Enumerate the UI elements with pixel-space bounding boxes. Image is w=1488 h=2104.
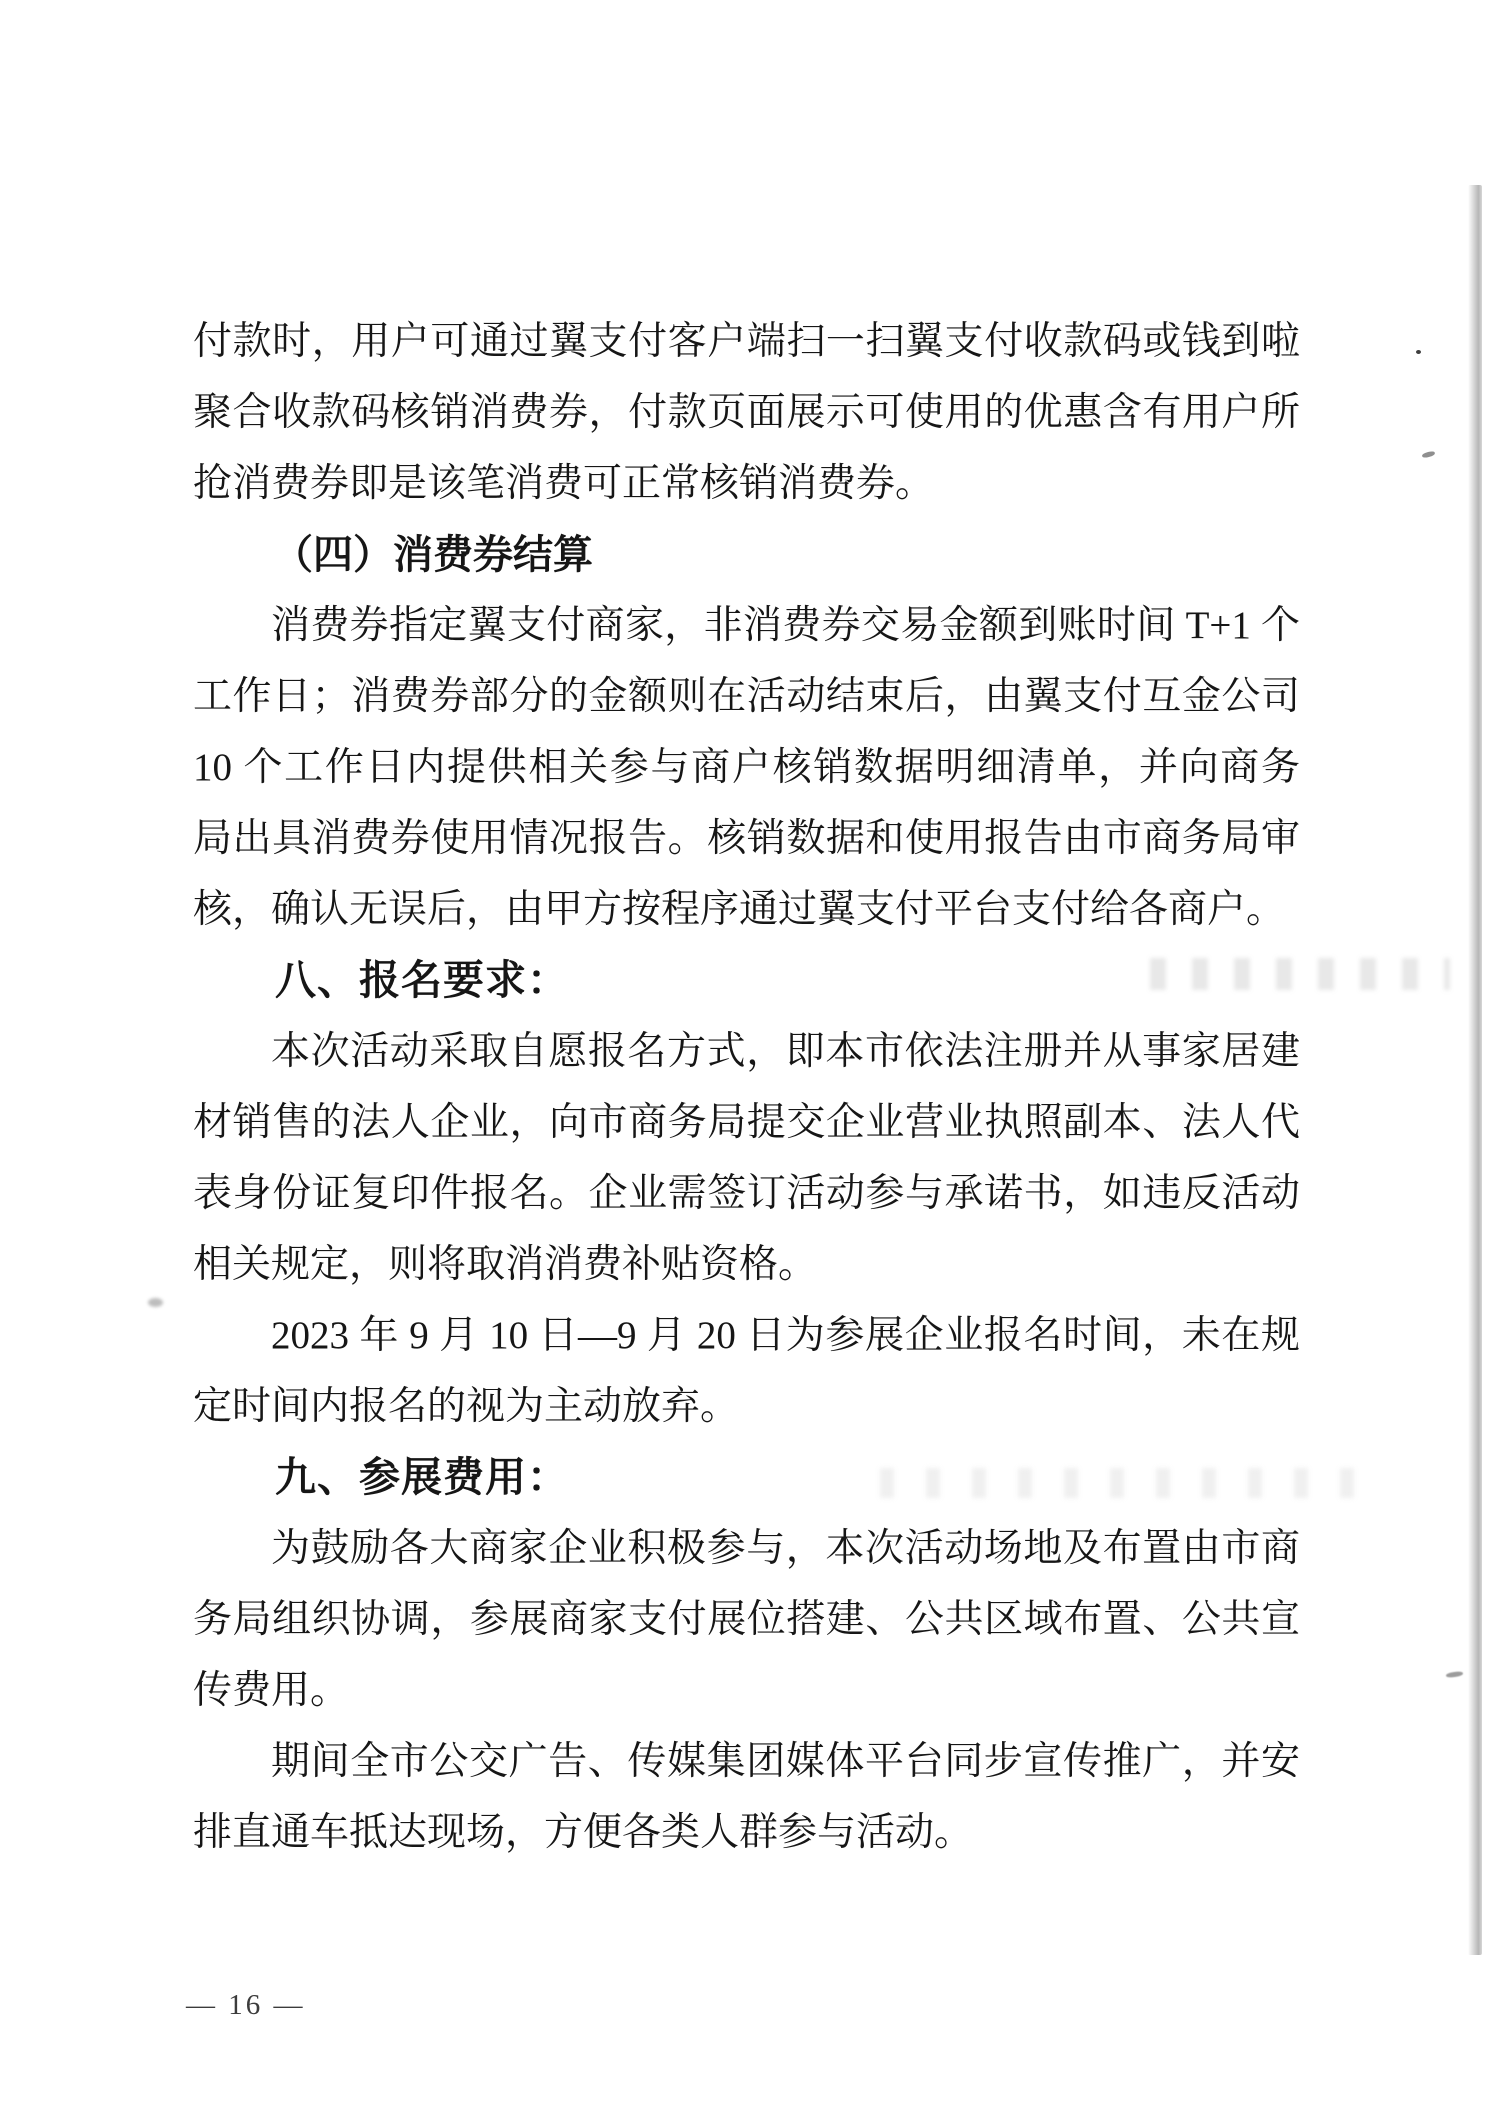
text-line: 局出具消费券使用情况报告。核销数据和使用报告由市商务局审 bbox=[193, 803, 1300, 874]
text-line: 排直通车抵达现场，方便各类人群参与活动。 bbox=[193, 1797, 1300, 1868]
paragraph-fees-detail: 为鼓励各大商家企业积极参与，本次活动场地及布置由市商 务局组织协调，参展商家支付… bbox=[193, 1513, 1300, 1726]
text-line: 聚合收款码核销消费券，付款页面展示可使用的优惠含有用户所 bbox=[193, 377, 1300, 448]
scan-speck bbox=[1422, 451, 1436, 459]
text-line: 定时间内报名的视为主动放弃。 bbox=[193, 1371, 1300, 1442]
text-line: 消费券指定翼支付商家，非消费券交易金额到账时间 T+1 个 bbox=[193, 590, 1300, 661]
document-body: 付款时，用户可通过翼支付客户端扫一扫翼支付收款码或钱到啦 聚合收款码核销消费券，… bbox=[193, 306, 1300, 1868]
scan-speck bbox=[148, 1298, 163, 1307]
scan-edge-shadow bbox=[1468, 185, 1482, 1955]
text-line: 抢消费券即是该笔消费可正常核销消费券。 bbox=[193, 448, 1300, 519]
text-line: 表身份证复印件报名。企业需签订活动参与承诺书，如违反活动 bbox=[193, 1158, 1300, 1229]
paragraph-registration-detail: 本次活动采取自愿报名方式，即本市依法注册并从事家居建 材销售的法人企业，向市商务… bbox=[193, 1016, 1300, 1300]
text-line: 2023 年 9 月 10 日—9 月 20 日为参展企业报名时间，未在规 bbox=[193, 1300, 1300, 1371]
text-line: 期间全市公交广告、传媒集团媒体平台同步宣传推广，并安 bbox=[193, 1726, 1300, 1797]
text-line: 材销售的法人企业，向市商务局提交企业营业执照副本、法人代 bbox=[193, 1087, 1300, 1158]
text-line: 工作日；消费券部分的金额则在活动结束后，由翼支付互金公司 bbox=[193, 661, 1300, 732]
paragraph-payment-redemption: 付款时，用户可通过翼支付客户端扫一扫翼支付收款码或钱到啦 聚合收款码核销消费券，… bbox=[193, 306, 1300, 519]
scan-ghosting bbox=[880, 1468, 1380, 1498]
paragraph-settlement-detail: 消费券指定翼支付商家，非消费券交易金额到账时间 T+1 个 工作日；消费券部分的… bbox=[193, 590, 1300, 945]
text-line: 相关规定，则将取消消费补贴资格。 bbox=[193, 1229, 1300, 1300]
text-line: 本次活动采取自愿报名方式，即本市依法注册并从事家居建 bbox=[193, 1016, 1300, 1087]
paragraph-publicity: 期间全市公交广告、传媒集团媒体平台同步宣传推广，并安 排直通车抵达现场，方便各类… bbox=[193, 1726, 1300, 1868]
text-line: 为鼓励各大商家企业积极参与，本次活动场地及布置由市商 bbox=[193, 1513, 1300, 1584]
text-line: 付款时，用户可通过翼支付客户端扫一扫翼支付收款码或钱到啦 bbox=[193, 306, 1300, 377]
scan-ghosting bbox=[1150, 958, 1450, 990]
text-line: 传费用。 bbox=[193, 1655, 1300, 1726]
scan-speck bbox=[1446, 1671, 1464, 1678]
text-line: 10 个工作日内提供相关参与商户核销数据明细清单，并向商务 bbox=[193, 732, 1300, 803]
page-number: — 16 — bbox=[186, 1988, 306, 2022]
scan-speck bbox=[1416, 350, 1421, 354]
paragraph-registration-period: 2023 年 9 月 10 日—9 月 20 日为参展企业报名时间，未在规 定时… bbox=[193, 1300, 1300, 1442]
section-heading-registration-requirements: 八、报名要求： bbox=[193, 945, 1300, 1016]
section-heading-coupon-settlement: （四）消费券结算 bbox=[193, 519, 1300, 590]
text-line: 务局组织协调，参展商家支付展位搭建、公共区域布置、公共宣 bbox=[193, 1584, 1300, 1655]
text-line: 核，确认无误后，由甲方按程序通过翼支付平台支付给各商户。 bbox=[193, 874, 1300, 945]
